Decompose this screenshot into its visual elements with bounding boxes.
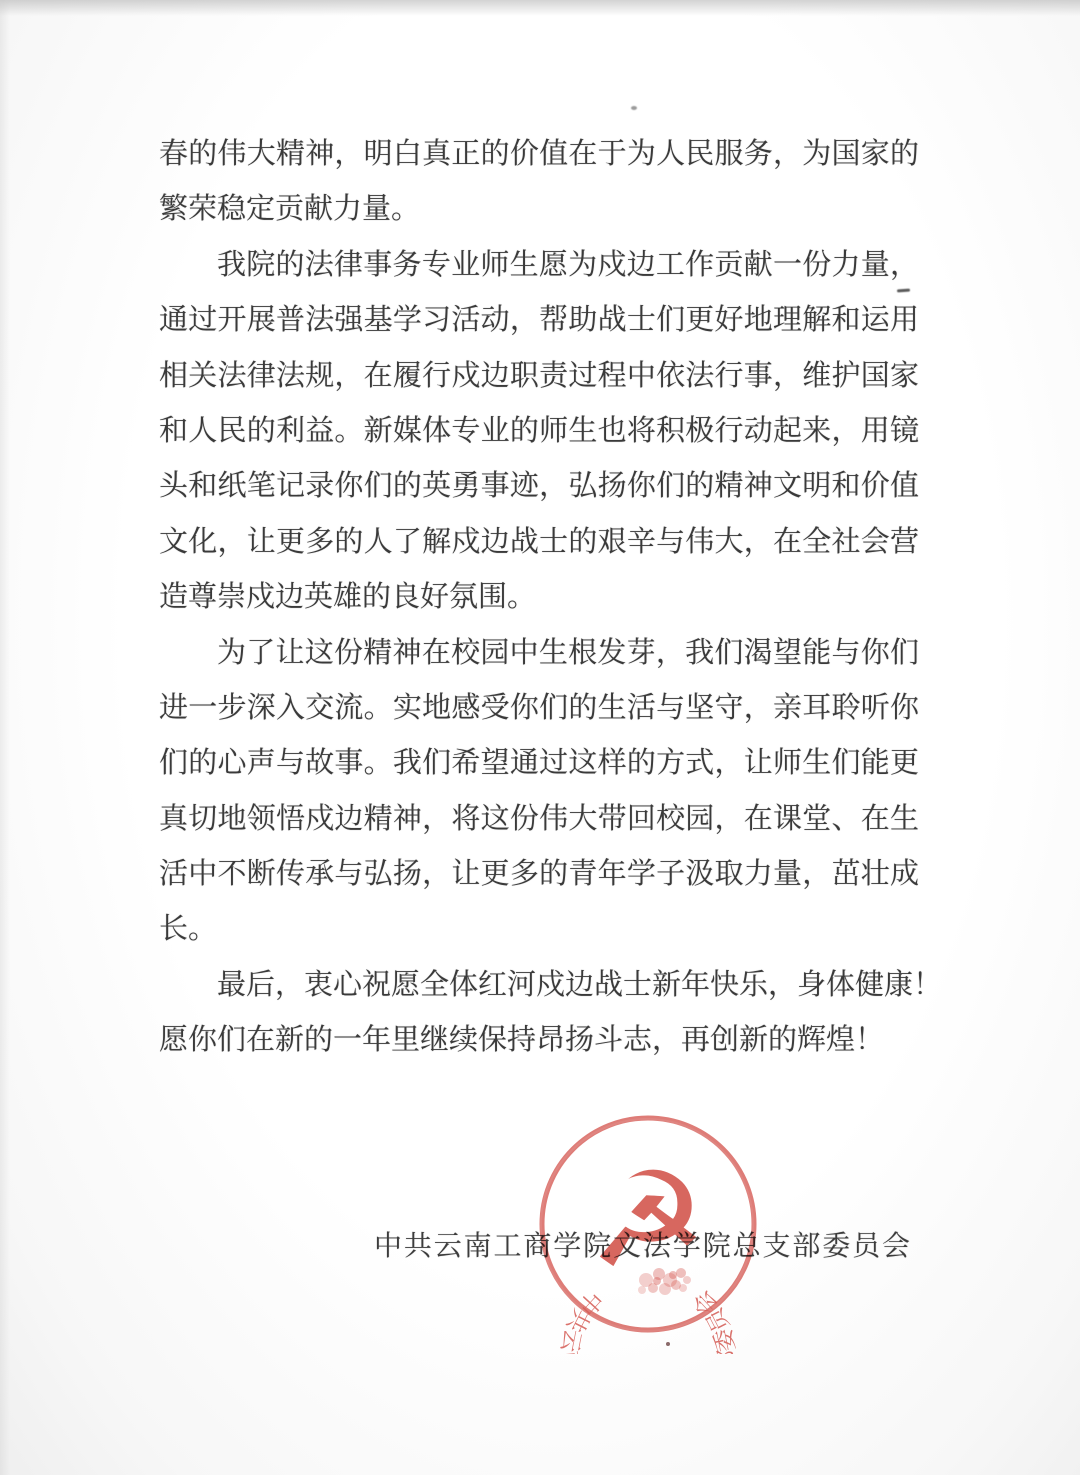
- text-line: 春的伟大精神，明白真正的价值在于为人民服务，为国家的: [159, 127, 919, 182]
- text-line: 愿你们在新的一年里继续保持昂扬斗志，再创新的辉煌！: [159, 1013, 919, 1068]
- text-line: 们的心声与故事。我们希望通过这样的方式，让师生们能更: [159, 736, 919, 791]
- text-line: 活中不断传承与弘扬，让更多的青年学子汲取力量，茁壮成: [159, 847, 919, 902]
- text-line: 造尊崇戍边英雄的良好氛围。: [159, 570, 919, 625]
- text-line: 我院的法律事务专业师生愿为戍边工作贡献一份力量，: [159, 238, 919, 293]
- text-line: 为了让这份精神在校园中生根发芽，我们渴望能与你们: [159, 626, 919, 681]
- text-line: 真切地领悟戍边精神，将这份伟大带回校园，在课堂、在生: [159, 792, 919, 847]
- scan-shadow-left: [0, 0, 10, 1475]
- scanned-letter-page: 春的伟大精神，明白真正的价值在于为人民服务，为国家的繁荣稳定贡献力量。我院的法律…: [0, 0, 1080, 1475]
- text-line: 最后，衷心祝愿全体红河戍边战士新年快乐，身体健康！: [159, 958, 919, 1013]
- text-line: 长。: [159, 902, 919, 957]
- scan-speck: [631, 106, 637, 110]
- text-line: 进一步深入交流。实地感受你们的生活与坚守，亲耳聆听你: [159, 681, 919, 736]
- official-seal-stamp: 中共云南工商学院文法学院总支部委员会 ☭: [518, 1094, 778, 1354]
- text-line: 繁荣稳定贡献力量。: [159, 182, 919, 237]
- text-line: 文化，让更多的人了解戍边战士的艰辛与伟大，在全社会营: [159, 515, 919, 570]
- text-line: 相关法律法规，在履行戍边职责过程中依法行事，维护国家: [159, 349, 919, 404]
- text-line: 和人民的利益。新媒体专业的师生也将积极行动起来，用镜: [159, 404, 919, 459]
- text-line: 头和纸笔记录你们的英勇事迹，弘扬你们的精神文明和价值: [159, 459, 919, 514]
- text-line: 通过开展普法强基学习活动，帮助战士们更好地理解和运用: [159, 293, 919, 348]
- letter-body: 春的伟大精神，明白真正的价值在于为人民服务，为国家的繁荣稳定贡献力量。我院的法律…: [159, 127, 919, 1069]
- scan-shadow-top: [0, 0, 1080, 16]
